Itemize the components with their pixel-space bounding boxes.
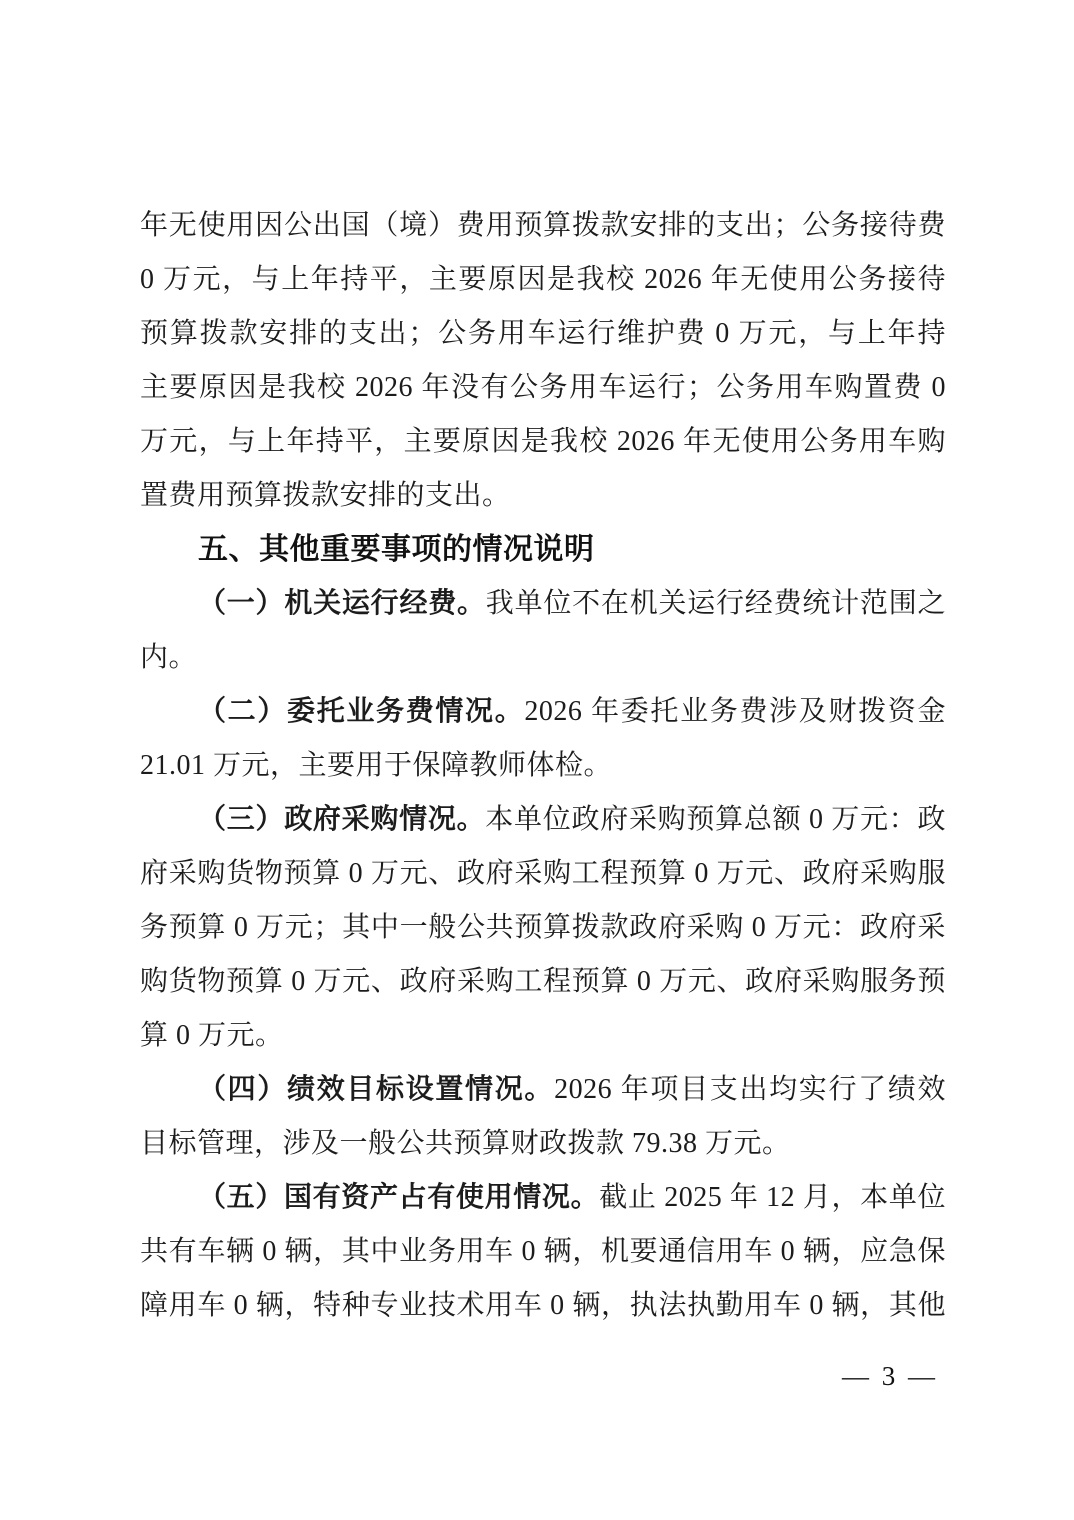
text-segment: 本单位政府采购预算总额 0 万元：政 xyxy=(485,804,946,835)
text-line-3: 预算拨款安排的支出；公务用车运行维护费 0 万元，与上年持平， xyxy=(140,307,946,361)
text-line-18: 目标管理，涉及一般公共预算财政拨款 79.38 万元。 xyxy=(140,1117,946,1171)
text-line-13: 府采购货物预算 0 万元、政府采购工程预算 0 万元、政府采购服 xyxy=(140,847,946,901)
page-number: — 3 — xyxy=(842,1356,938,1396)
text-segment: 府采购货物预算 0 万元、政府采购工程预算 0 万元、政府采购服 xyxy=(140,858,946,889)
text-line-10: （二）委托业务费情况。2026 年委托业务费涉及财拨资金 xyxy=(140,685,946,739)
text-line-2: 0 万元，与上年持平，主要原因是我校 2026 年无使用公务接待 xyxy=(140,253,946,307)
text-segment: 共有车辆 0 辆，其中业务用车 0 辆，机要通信用车 0 辆，应急保 xyxy=(140,1236,946,1267)
text-line-16: 算 0 万元。 xyxy=(140,1009,946,1063)
text-line-15: 购货物预算 0 万元、政府采购工程预算 0 万元、政府采购服务预 xyxy=(140,955,946,1009)
text-line-17: （四）绩效目标设置情况。2026 年项目支出均实行了绩效 xyxy=(140,1063,946,1117)
paragraph-lead-label: （五）国有资产占有使用情况。 xyxy=(198,1182,599,1213)
text-line-8: （一）机关运行经费。我单位不在机关运行经费统计范围之 xyxy=(140,577,946,631)
text-segment: 购货物预算 0 万元、政府采购工程预算 0 万元、政府采购服务预 xyxy=(140,966,946,997)
text-segment: 万元，与上年持平，主要原因是我校 2026 年无使用公务用车购 xyxy=(140,426,946,457)
text-segment: 截止 2025 年 12 月，本单位 xyxy=(599,1182,946,1213)
text-segment: 内。 xyxy=(140,642,197,673)
text-segment: 2026 年委托业务费涉及财拨资金 xyxy=(524,696,946,727)
document-body: 年无使用因公出国（境）费用预算拨款安排的支出；公务接待费0 万元，与上年持平，主… xyxy=(140,199,946,1333)
text-segment: 置费用预算拨款安排的支出。 xyxy=(140,480,511,511)
text-segment: 主要原因是我校 2026 年没有公务用车运行；公务用车购置费 0 xyxy=(140,372,946,403)
document-page: 年无使用因公出国（境）费用预算拨款安排的支出；公务接待费0 万元，与上年持平，主… xyxy=(0,0,1074,1520)
text-line-14: 务预算 0 万元；其中一般公共预算拨款政府采购 0 万元：政府采 xyxy=(140,901,946,955)
text-segment: 务预算 0 万元；其中一般公共预算拨款政府采购 0 万元：政府采 xyxy=(140,912,946,943)
text-segment: 年无使用因公出国（境）费用预算拨款安排的支出；公务接待费 xyxy=(140,210,946,241)
text-segment: 0 万元，与上年持平，主要原因是我校 2026 年无使用公务接待 xyxy=(140,264,946,295)
text-line-1: 年无使用因公出国（境）费用预算拨款安排的支出；公务接待费 xyxy=(140,199,946,253)
text-line-19: （五）国有资产占有使用情况。截止 2025 年 12 月，本单位 xyxy=(140,1171,946,1225)
text-line-9: 内。 xyxy=(140,631,946,685)
text-line-12: （三）政府采购情况。本单位政府采购预算总额 0 万元：政 xyxy=(140,793,946,847)
text-segment: 五、其他重要事项的情况说明 xyxy=(198,533,595,566)
text-segment: 我单位不在机关运行经费统计范围之 xyxy=(486,588,946,619)
text-segment: 2026 年项目支出均实行了绩效 xyxy=(554,1074,946,1105)
text-line-6: 置费用预算拨款安排的支出。 xyxy=(140,469,946,523)
text-line-4: 主要原因是我校 2026 年没有公务用车运行；公务用车购置费 0 xyxy=(140,361,946,415)
text-line-21: 障用车 0 辆，特种专业技术用车 0 辆，执法执勤用车 0 辆，其他 xyxy=(140,1279,946,1333)
text-line-11: 21.01 万元，主要用于保障教师体检。 xyxy=(140,739,946,793)
paragraph-lead-label: （一）机关运行经费。 xyxy=(198,588,486,619)
paragraph-lead-label: （三）政府采购情况。 xyxy=(198,804,485,835)
text-segment: 目标管理，涉及一般公共预算财政拨款 79.38 万元。 xyxy=(140,1128,791,1159)
text-line-5: 万元，与上年持平，主要原因是我校 2026 年无使用公务用车购 xyxy=(140,415,946,469)
text-segment: 21.01 万元，主要用于保障教师体检。 xyxy=(140,750,612,781)
paragraph-lead-label: （二）委托业务费情况。 xyxy=(198,696,524,727)
text-line-20: 共有车辆 0 辆，其中业务用车 0 辆，机要通信用车 0 辆，应急保 xyxy=(140,1225,946,1279)
section-heading: 五、其他重要事项的情况说明 xyxy=(140,523,946,577)
paragraph-lead-label: （四）绩效目标设置情况。 xyxy=(198,1074,554,1105)
text-segment: 预算拨款安排的支出；公务用车运行维护费 0 万元，与上年持平， xyxy=(140,318,946,361)
text-segment: 障用车 0 辆，特种专业技术用车 0 辆，执法执勤用车 0 辆，其他 xyxy=(140,1290,946,1321)
text-segment: 算 0 万元。 xyxy=(140,1020,284,1051)
